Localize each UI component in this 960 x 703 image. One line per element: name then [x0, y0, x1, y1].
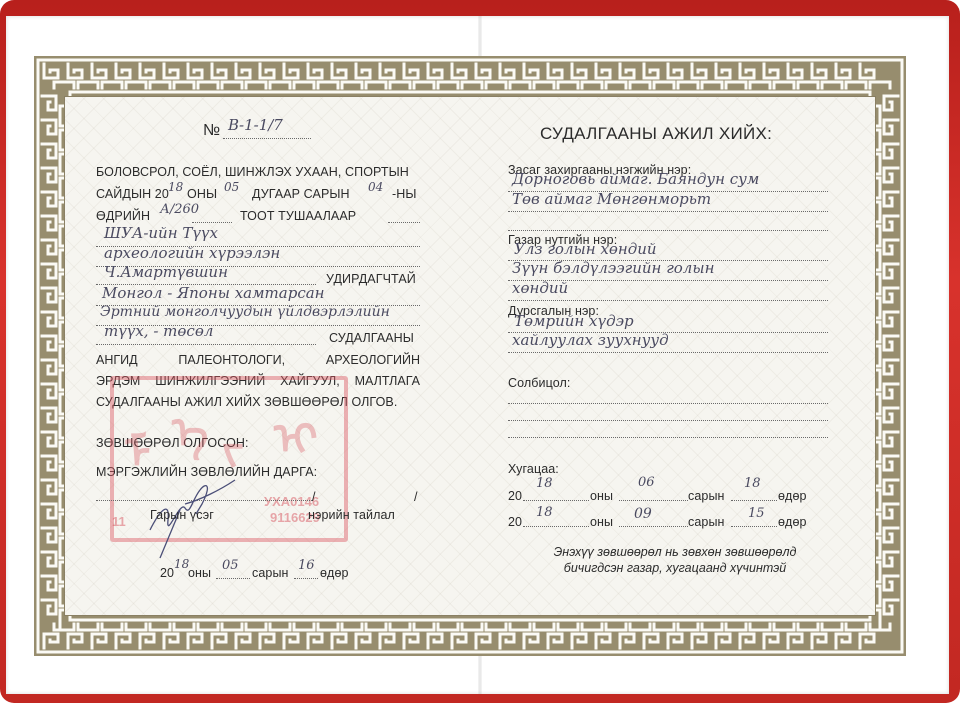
period-start-year: 18 — [536, 476, 553, 491]
coordinates-line-1 — [508, 403, 828, 404]
issue-date-year-suffix: оны — [188, 566, 211, 580]
project-value-3: түүх, - төсөл — [104, 322, 213, 340]
period-start-month: 06 — [638, 475, 655, 490]
permit-number-value: В-1-1/7 — [228, 116, 283, 134]
institution-value-2: археологийн хүрээлэн — [104, 244, 280, 262]
project-line-3 — [96, 344, 316, 345]
validity-note-line-2: бичигдсэн газар, хугацаанд хүчинтэй — [500, 560, 850, 576]
right-page-title: СУДАЛГААНЫ АЖИЛ ХИЙХ: — [540, 124, 772, 144]
institution-line-1: ШУА-ийн Түүх — [104, 224, 218, 242]
period-end-day-suffix: өдөр — [778, 515, 807, 529]
issue-month-line — [216, 578, 250, 579]
day-suffix: -НЫ — [392, 187, 417, 201]
admin-unit-line-2 — [508, 211, 828, 212]
period-label: Хугацаа: — [508, 462, 559, 476]
period-start-prefix: 20 — [508, 489, 522, 503]
period-end-year: 18 — [536, 505, 553, 520]
leader-name: Ч.Амартүвшин — [104, 263, 228, 281]
issue-date-month: 05 — [222, 558, 239, 573]
project-value-1: Монгол - Японы хамтарсан — [102, 284, 325, 302]
locality-value-3: хөндий — [512, 279, 568, 297]
admin-unit-value-2: Төв аймаг Мөнгөнморьт — [512, 190, 711, 208]
order-day: 04 — [368, 180, 383, 194]
slash-separator: / — [312, 490, 316, 504]
period-start-month-line — [619, 500, 688, 501]
name-caption: нэрийн тайлал — [308, 508, 395, 522]
validity-note-line-1: Энэхүү зөвшөөрөл нь зөвхөн зөвшөөрөлд — [500, 544, 850, 560]
period-end-month-line — [619, 526, 688, 527]
period-end-month-suffix: сарын — [688, 515, 725, 529]
period-start-year-line — [523, 500, 589, 501]
issue-date-day-suffix: өдөр — [320, 566, 349, 580]
stamp-code-1: УХА0146 — [264, 494, 319, 509]
permit-number-label: № — [203, 122, 220, 140]
order-label: ТООТ ТУШААЛААР — [240, 209, 356, 223]
period-end-prefix: 20 — [508, 515, 522, 529]
admin-unit-line-3 — [508, 230, 828, 231]
period-start-year-suffix: оны — [590, 489, 613, 503]
issue-date-month-suffix: сарын — [252, 566, 289, 580]
body-line-1: АНГИД ПАЛЕОНТОЛОГИ, АРХЕОЛОГИЙН — [96, 353, 420, 367]
site-value-1: Төмрийн хүдэр — [514, 312, 634, 330]
blank-line — [388, 222, 420, 223]
project-value-2: Эртний монголчуудын үйлдвэрлэлийн — [100, 304, 390, 320]
stamp-code-left: 11 — [112, 514, 126, 529]
slash-separator: / — [414, 490, 418, 504]
permit-number-line — [223, 138, 311, 139]
ministry-line: БОЛОВСРОЛ, СОЁЛ, ШИНЖЛЭХ УХААН, СПОРТЫН — [96, 165, 409, 179]
period-end-day-line — [731, 526, 777, 527]
issue-day-line — [294, 578, 318, 579]
month-label: ДУГААР САРЫН — [252, 187, 350, 201]
locality-value-1: Улз голын хөндий — [514, 240, 657, 258]
coordinates-line-3 — [508, 437, 828, 438]
issue-date-day: 16 — [298, 558, 315, 573]
order-year: 18 — [168, 180, 183, 194]
locality-value-2: Зүүн бэлдүлээгийн голын — [512, 259, 714, 277]
period-start-day-line — [731, 500, 777, 501]
issue-date-year: 18 — [174, 557, 189, 571]
order-number-line — [192, 222, 232, 223]
period-start-day-suffix: өдөр — [778, 489, 807, 503]
coordinates-line-2 — [508, 420, 828, 421]
period-end-month: 09 — [634, 506, 652, 522]
stamp-mongolian-script-icon: ᠡ — [172, 384, 208, 461]
day-label: ӨДРИЙН — [96, 209, 150, 223]
order-number: А/260 — [160, 202, 199, 217]
period-end-day: 15 — [748, 506, 765, 521]
minister-label: САЙДЫН 20 — [96, 187, 169, 201]
leader-label: УДИРДАГЧТАЙ — [326, 272, 416, 286]
stamp-mongolian-script-icon: ᠢ — [274, 390, 318, 467]
site-line-2 — [508, 352, 828, 353]
stamp-mongolian-script-icon: ᠵ — [222, 400, 244, 477]
site-value-2: хайлуулах зуухнууд — [512, 331, 669, 349]
year-suffix: ОНЫ — [187, 187, 217, 201]
admin-unit-value-1: Дорноговь аймаг. Баяндун сум — [512, 170, 759, 188]
period-end-year-suffix: оны — [590, 515, 613, 529]
issue-date-prefix: 20 — [160, 566, 174, 580]
period-end-year-line — [523, 526, 589, 527]
coordinates-label: Солбицол: — [508, 376, 571, 390]
period-start-day: 18 — [744, 476, 761, 491]
research-label: СУДАЛГААНЫ — [329, 331, 414, 345]
signature-caption: Гарын үсэг — [150, 508, 214, 522]
order-month: 05 — [224, 180, 239, 194]
period-start-month-suffix: сарын — [688, 489, 725, 503]
locality-line-3 — [508, 300, 828, 301]
